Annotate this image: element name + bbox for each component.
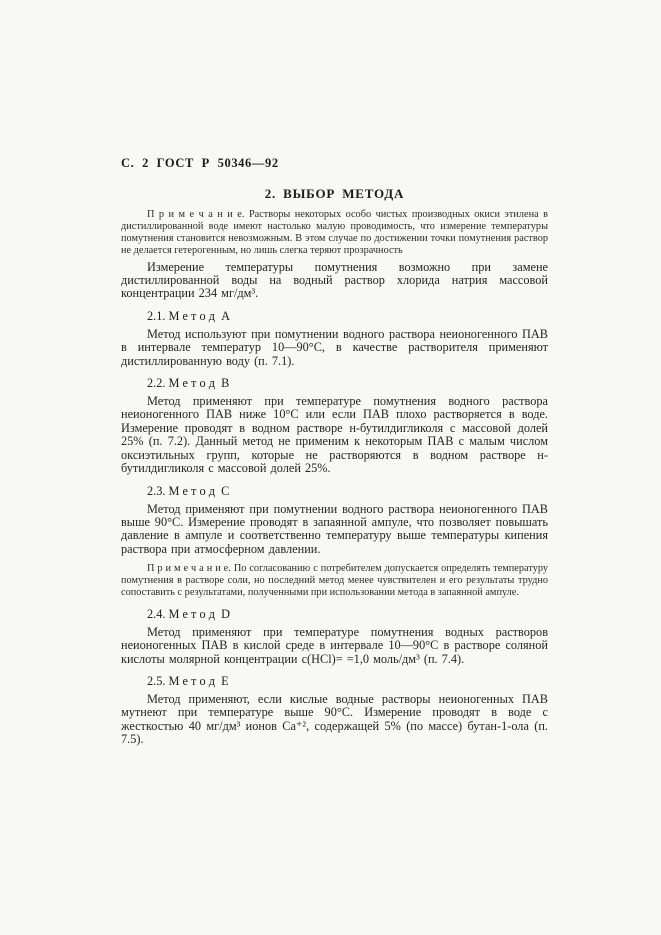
method-section-2-5: 2.5. М е т о д Е Метод применяют, если к… (121, 674, 548, 747)
method-section-2-1: 2.1. М е т о д А Метод используют при по… (121, 309, 548, 368)
method-paragraph: Метод применяют, если кислые водные раст… (121, 693, 548, 747)
method-heading-a: 2.1. М е т о д А (121, 309, 548, 324)
note-label: П р и м е ч а н и е. (147, 209, 244, 220)
method-c-note: П р и м е ч а н и е. По согласованию с п… (121, 563, 548, 599)
intro-paragraph: Измерение температуры помутнения возможн… (121, 261, 548, 301)
method-paragraph: Метод применяют при температуре помутнен… (121, 395, 548, 475)
page-header: С. 2 ГОСТ Р 50346—92 (121, 156, 548, 171)
scanned-document-page: { "colors": { "paper": "#f8f8f6", "ink":… (0, 0, 661, 935)
method-section-2-2: 2.2. М е т о д В Метод применяют при тем… (121, 376, 548, 475)
text-block: С. 2 ГОСТ Р 50346—92 2. ВЫБОР МЕТОДА П р… (121, 156, 548, 747)
method-section-2-3: 2.3. М е т о д С Метод применяют при пом… (121, 484, 548, 599)
section-title: 2. ВЫБОР МЕТОДА (121, 186, 548, 202)
method-paragraph: Метод применяют при помутнении водного р… (121, 503, 548, 557)
method-paragraph: Метод используют при помутнении водного … (121, 328, 548, 368)
method-heading-c: 2.3. М е т о д С (121, 484, 548, 499)
method-heading-e: 2.5. М е т о д Е (121, 674, 548, 689)
top-note: П р и м е ч а н и е. Растворы некоторых … (121, 209, 548, 257)
note-label: П р и м е ч а н и е. (147, 563, 231, 574)
method-paragraph: Метод применяют при температуре помутнен… (121, 626, 548, 666)
method-section-2-4: 2.4. М е т о д D Метод применяют при тем… (121, 607, 548, 666)
method-heading-d: 2.4. М е т о д D (121, 607, 548, 622)
method-heading-b: 2.2. М е т о д В (121, 376, 548, 391)
